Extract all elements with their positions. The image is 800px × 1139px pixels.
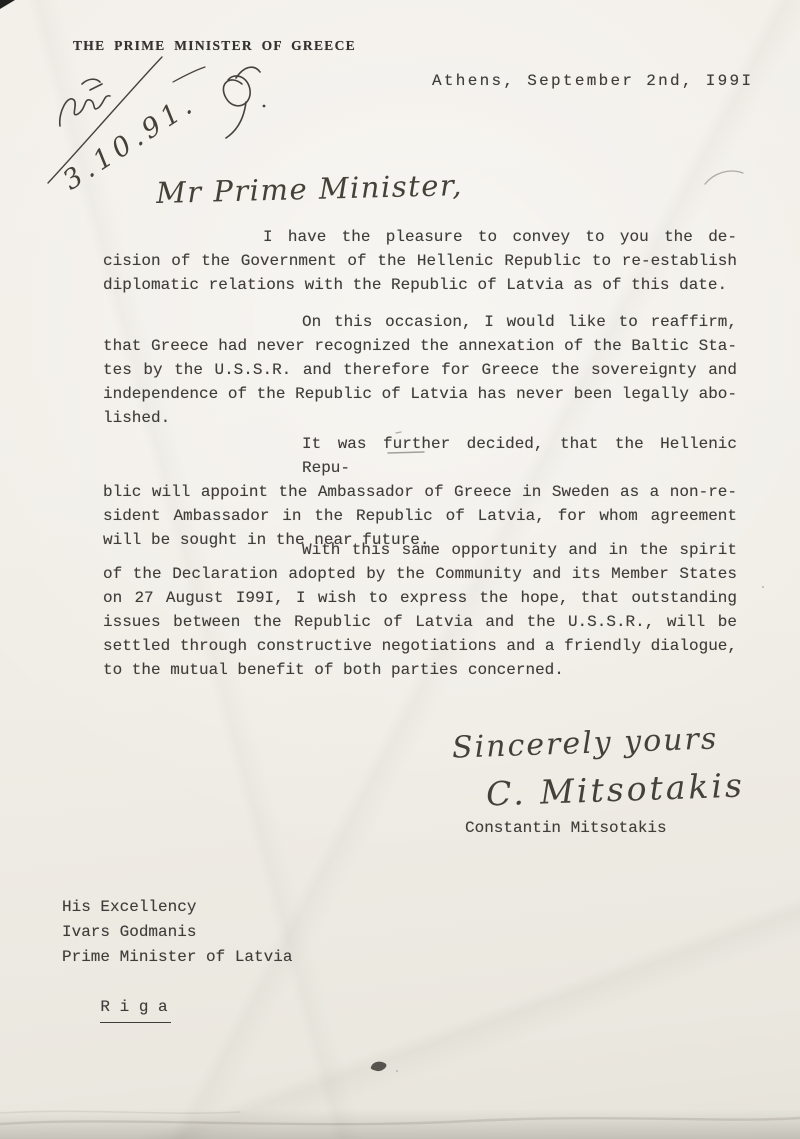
body-line: that Greece had never recognized the ann… [103, 334, 737, 358]
body-line: of the Declaration adopted by the Commun… [103, 562, 737, 586]
recipient-line: Prime Minister of Latvia [62, 945, 292, 970]
body-line: diplomatic relations with the Republic o… [103, 273, 737, 297]
recipient-address: His ExcellencyIvars GodmanisPrime Minist… [62, 845, 292, 1048]
body-line: It was further decided, that the Helleni… [103, 432, 737, 480]
body-line: settled through constructive negotiation… [103, 634, 737, 658]
paragraph: With this same opportunity and in the sp… [103, 538, 737, 682]
recipient-lines: His ExcellencyIvars GodmanisPrime Minist… [62, 895, 292, 970]
body-line: independence of the Republic of Latvia h… [103, 382, 737, 406]
body-line: On this occasion, I would like to reaffi… [103, 310, 737, 334]
body-line: I have the pleasure to convey to you the… [103, 225, 737, 249]
dateline: Athens, September 2nd, I99I [432, 72, 753, 90]
body-line: on 27 August I99I, I wish to express the… [103, 586, 737, 610]
handwritten-salutation: Mr Prime Minister, [156, 168, 464, 210]
body-line: cision of the Government of the Hellenic… [103, 249, 737, 273]
recipient-line: Ivars Godmanis [62, 920, 292, 945]
recipient-city: R i g a [100, 995, 170, 1023]
scan-corner-artifact [0, 0, 15, 9]
body-line: issues between the Republic of Latvia an… [103, 610, 737, 634]
body-line: With this same opportunity and in the sp… [103, 538, 737, 562]
paragraph: On this occasion, I would like to reaffi… [103, 310, 737, 430]
paragraph: It was further decided, that the Helleni… [103, 432, 737, 552]
signer-typed-name: Constantin Mitsotakis [465, 816, 667, 840]
handwritten-closing: Sincerely yours [451, 721, 718, 765]
paragraph: I have the pleasure to convey to you the… [103, 225, 737, 297]
scan-bottom-shadow [0, 1109, 800, 1139]
handwritten-signature: C. Mitsotakis [485, 765, 745, 813]
body-line: to the mutual benefit of both parties co… [103, 658, 737, 682]
body-line: tes by the U.S.S.R. and therefore for Gr… [103, 358, 737, 382]
recipient-line: His Excellency [62, 895, 292, 920]
body-line: blic will appoint the Ambassador of Gree… [103, 480, 737, 504]
body-line: sident Ambassador in the Republic of Lat… [103, 504, 737, 528]
scanned-letter-page: THE PRIME MINISTER OF GREECE Athens, Sep… [0, 0, 800, 1139]
body-line: lished. [103, 406, 737, 430]
